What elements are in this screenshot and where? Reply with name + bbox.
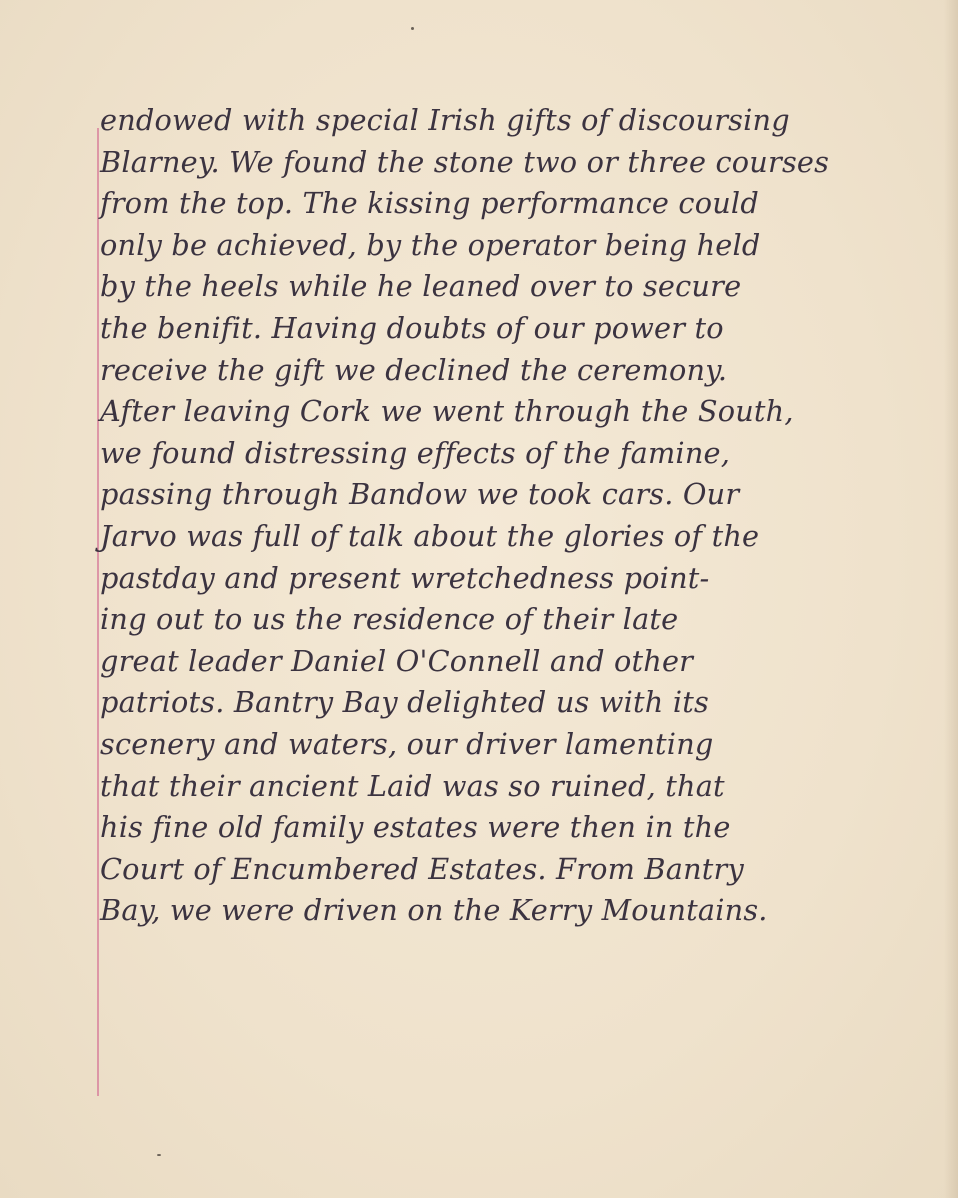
manuscript-page: endowed with special Irish gifts of disc…: [0, 0, 958, 1198]
text-line-2: Blarney. We found the stone two or three…: [100, 142, 942, 184]
text-line-20: Bay, we were driven on the Kerry Mountai…: [100, 890, 942, 932]
text-line-13: ing out to us the residence of their lat…: [100, 599, 942, 641]
text-line-19: Court of Encumbered Estates. From Bantry: [100, 849, 942, 891]
text-line-4: only be achieved, by the operator being …: [100, 225, 942, 267]
text-line-3: from the top. The kissing performance co…: [100, 183, 942, 225]
text-line-17: that their ancient Laid was so ruined, t…: [100, 766, 942, 808]
text-line-5: by the heels while he leaned over to sec…: [100, 266, 942, 308]
text-line-1: endowed with special Irish gifts of disc…: [100, 100, 942, 142]
margin-rule: [97, 128, 99, 1096]
text-line-11: Jarvo was full of talk about the glories…: [100, 516, 942, 558]
handwritten-text-block: endowed with special Irish gifts of disc…: [100, 100, 950, 932]
text-line-16: scenery and waters, our driver lamenting: [100, 724, 942, 766]
paper-speck: [157, 1154, 161, 1156]
text-line-6: the benifit. Having doubts of our power …: [100, 308, 942, 350]
text-line-9: we found distressing effects of the fami…: [100, 433, 942, 475]
text-line-7: receive the gift we declined the ceremon…: [100, 350, 942, 392]
text-line-8: After leaving Cork we went through the S…: [100, 391, 942, 433]
text-line-14: great leader Daniel O'Connell and other: [100, 641, 942, 683]
text-line-18: his fine old family estates were then in…: [100, 807, 942, 849]
text-line-10: passing through Bandow we took cars. Our: [100, 474, 942, 516]
text-line-15: patriots. Bantry Bay delighted us with i…: [100, 682, 942, 724]
text-line-12: pastday and present wretchedness point-: [100, 558, 942, 600]
paper-speck: [411, 27, 414, 30]
